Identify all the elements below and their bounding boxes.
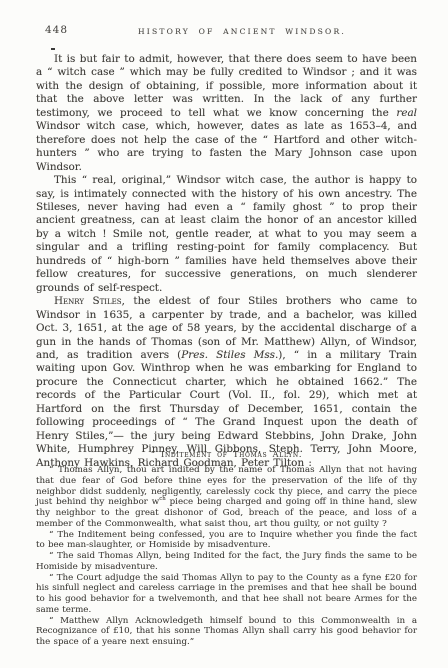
- paragraph: “ Matthew Allyn Acknowledgeth himself bo…: [36, 616, 417, 648]
- paragraph: This “ real, original,” Windsor witch ca…: [36, 174, 417, 295]
- paragraph: It is but fair to admit, however, that t…: [36, 53, 417, 174]
- text-segment: Pres. Stiles Mss.: [181, 349, 278, 361]
- paragraph: “ Thomas Allyn, thou art indited by the …: [36, 465, 417, 530]
- text-segment: Windsor witch case, which, however, date…: [36, 120, 417, 172]
- text-segment: Henry Stiles: [54, 295, 122, 307]
- text-segment: real: [396, 107, 417, 119]
- court-record-quote: “ Thomas Allyn, thou art indited by the …: [36, 465, 417, 648]
- paragraph: “ The Court adjudge the said Thomas Ally…: [36, 573, 417, 616]
- body-text: It is but fair to admit, however, that t…: [36, 53, 417, 470]
- scan-artifact-dash: [51, 48, 55, 50]
- paragraph: “ The said Thomas Allyn, being Indited f…: [36, 551, 417, 573]
- running-head: HISTORY OF ANCIENT WINDSOR.: [66, 27, 418, 36]
- page-header: 448 HISTORY OF ANCIENT WINDSOR.: [36, 24, 418, 38]
- paragraph: Henry Stiles, the eldest of four Stiles …: [36, 295, 417, 470]
- text-segment: This “ real, original,” Windsor witch ca…: [36, 174, 417, 294]
- text-segment: “ Matthew Allyn Acknowledgeth himself bo…: [36, 616, 417, 648]
- text-segment: It is but fair to admit, however, that t…: [36, 53, 417, 119]
- text-segment: “ The Inditement being confessed, you ar…: [36, 530, 417, 551]
- text-segment: “ The Court adjudge the said Thomas Ally…: [36, 573, 417, 615]
- paragraph: “ The Inditement being confessed, you ar…: [36, 530, 417, 552]
- text-segment: “ The said Thomas Allyn, being Indited f…: [36, 551, 417, 572]
- indictment-heading: “ Inditement of Thomas Allyn.: [36, 449, 417, 459]
- page-number: 448: [45, 24, 68, 36]
- book-page-scan: 448 HISTORY OF ANCIENT WINDSOR. It is bu…: [0, 0, 448, 668]
